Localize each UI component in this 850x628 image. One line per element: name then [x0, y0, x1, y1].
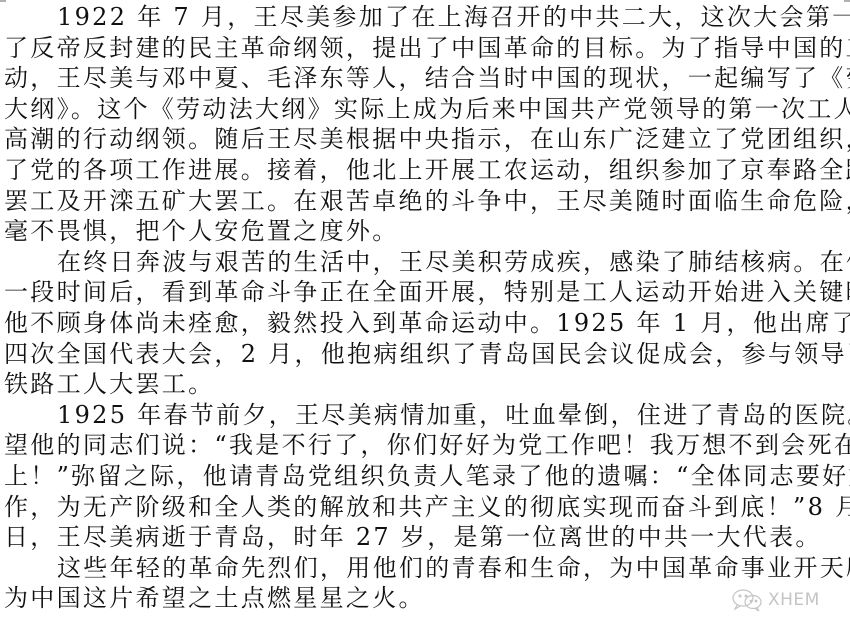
text-line: 在终日奔波与艰苦的生活中，王尽美积劳成疾，感染了肺结核病。在休养了 — [4, 247, 840, 278]
text-line: 他不顾身体尚未痊愈，毅然投入到革命运动中。1925 年 1 月，他出席了中共第 — [4, 308, 840, 339]
text-line: 这些年轻的革命先烈们，用他们的青春和生命，为中国革命事业开天辟地， — [4, 553, 840, 584]
paragraph-4: 这些年轻的革命先烈们，用他们的青春和生命，为中国革命事业开天辟地， 为中国这片希… — [4, 553, 850, 614]
text-line: 一段时间后，看到革命斗争正在全面开展，特别是工人运动开始进入关键时期， — [4, 277, 840, 308]
text-line: 望他的同志们说：“我是不行了，你们好好为党工作吧！我万想不到会死在病床 — [4, 430, 840, 461]
text-line: 动，王尽美与邓中夏、毛泽东等人，结合当时中国的现状，一起编写了《劳动法 — [4, 63, 840, 94]
text-line: 1922 年 7 月，王尽美参加了在上海召开的中共二大，这次大会第一次明确 — [4, 2, 840, 33]
text-line: 了反帝反封建的民主革命纲领，提出了中国革命的目标。为了指导中国的工人运 — [4, 33, 840, 64]
text-line: 罢工及开滦五矿大罢工。在艰苦卓绝的斗争中，王尽美随时面临生命危险，但他 — [4, 186, 840, 217]
document-page: 1922 年 7 月，王尽美参加了在上海召开的中共二大，这次大会第一次明确 了反… — [4, 2, 850, 614]
text-line: 四次全国代表大会，2 月，他抱病组织了青岛国民会议促成会，参与领导了胶济 — [4, 339, 840, 370]
text-line: 为中国这片希望之土点燃星星之火。 — [4, 583, 840, 614]
watermark-text: XHEM — [768, 590, 820, 610]
watermark: XHEM — [730, 588, 820, 612]
text-line: 日，王尽美病逝于青岛，时年 27 岁，是第一位离世的中共一大代表。 — [4, 522, 840, 553]
text-line: 作，为无产阶级和全人类的解放和共产主义的彻底实现而奋斗到底！”8 月 19 — [4, 492, 840, 523]
text-line: 毫不畏惧，把个人安危置之度外。 — [4, 216, 840, 247]
paragraph-3: 1925 年春节前夕，王尽美病情加重，吐血晕倒，住进了青岛的医院。他对看 望他的… — [4, 400, 850, 553]
text-line: 1925 年春节前夕，王尽美病情加重，吐血晕倒，住进了青岛的医院。他对看 — [4, 400, 840, 431]
text-line: 上！”弥留之际，他请青岛党组织负责人笔录了他的遗嘱：“全体同志要好好工 — [4, 461, 840, 492]
text-line: 了党的各项工作进展。接着，他北上开展工农运动，组织参加了京奉路全路工人 — [4, 155, 840, 186]
wechat-icon — [730, 588, 764, 612]
paragraph-2: 在终日奔波与艰苦的生活中，王尽美积劳成疾，感染了肺结核病。在休养了 一段时间后，… — [4, 247, 850, 400]
text-line: 高潮的行动纲领。随后王尽美根据中央指示，在山东广泛建立了党团组织，促进 — [4, 124, 840, 155]
text-line: 铁路工人大罢工。 — [4, 369, 840, 400]
paragraph-1: 1922 年 7 月，王尽美参加了在上海召开的中共二大，这次大会第一次明确 了反… — [4, 2, 850, 247]
text-line: 大纲》。这个《劳动法大纲》实际上成为后来中国共产党领导的第一次工人运动 — [4, 94, 840, 125]
